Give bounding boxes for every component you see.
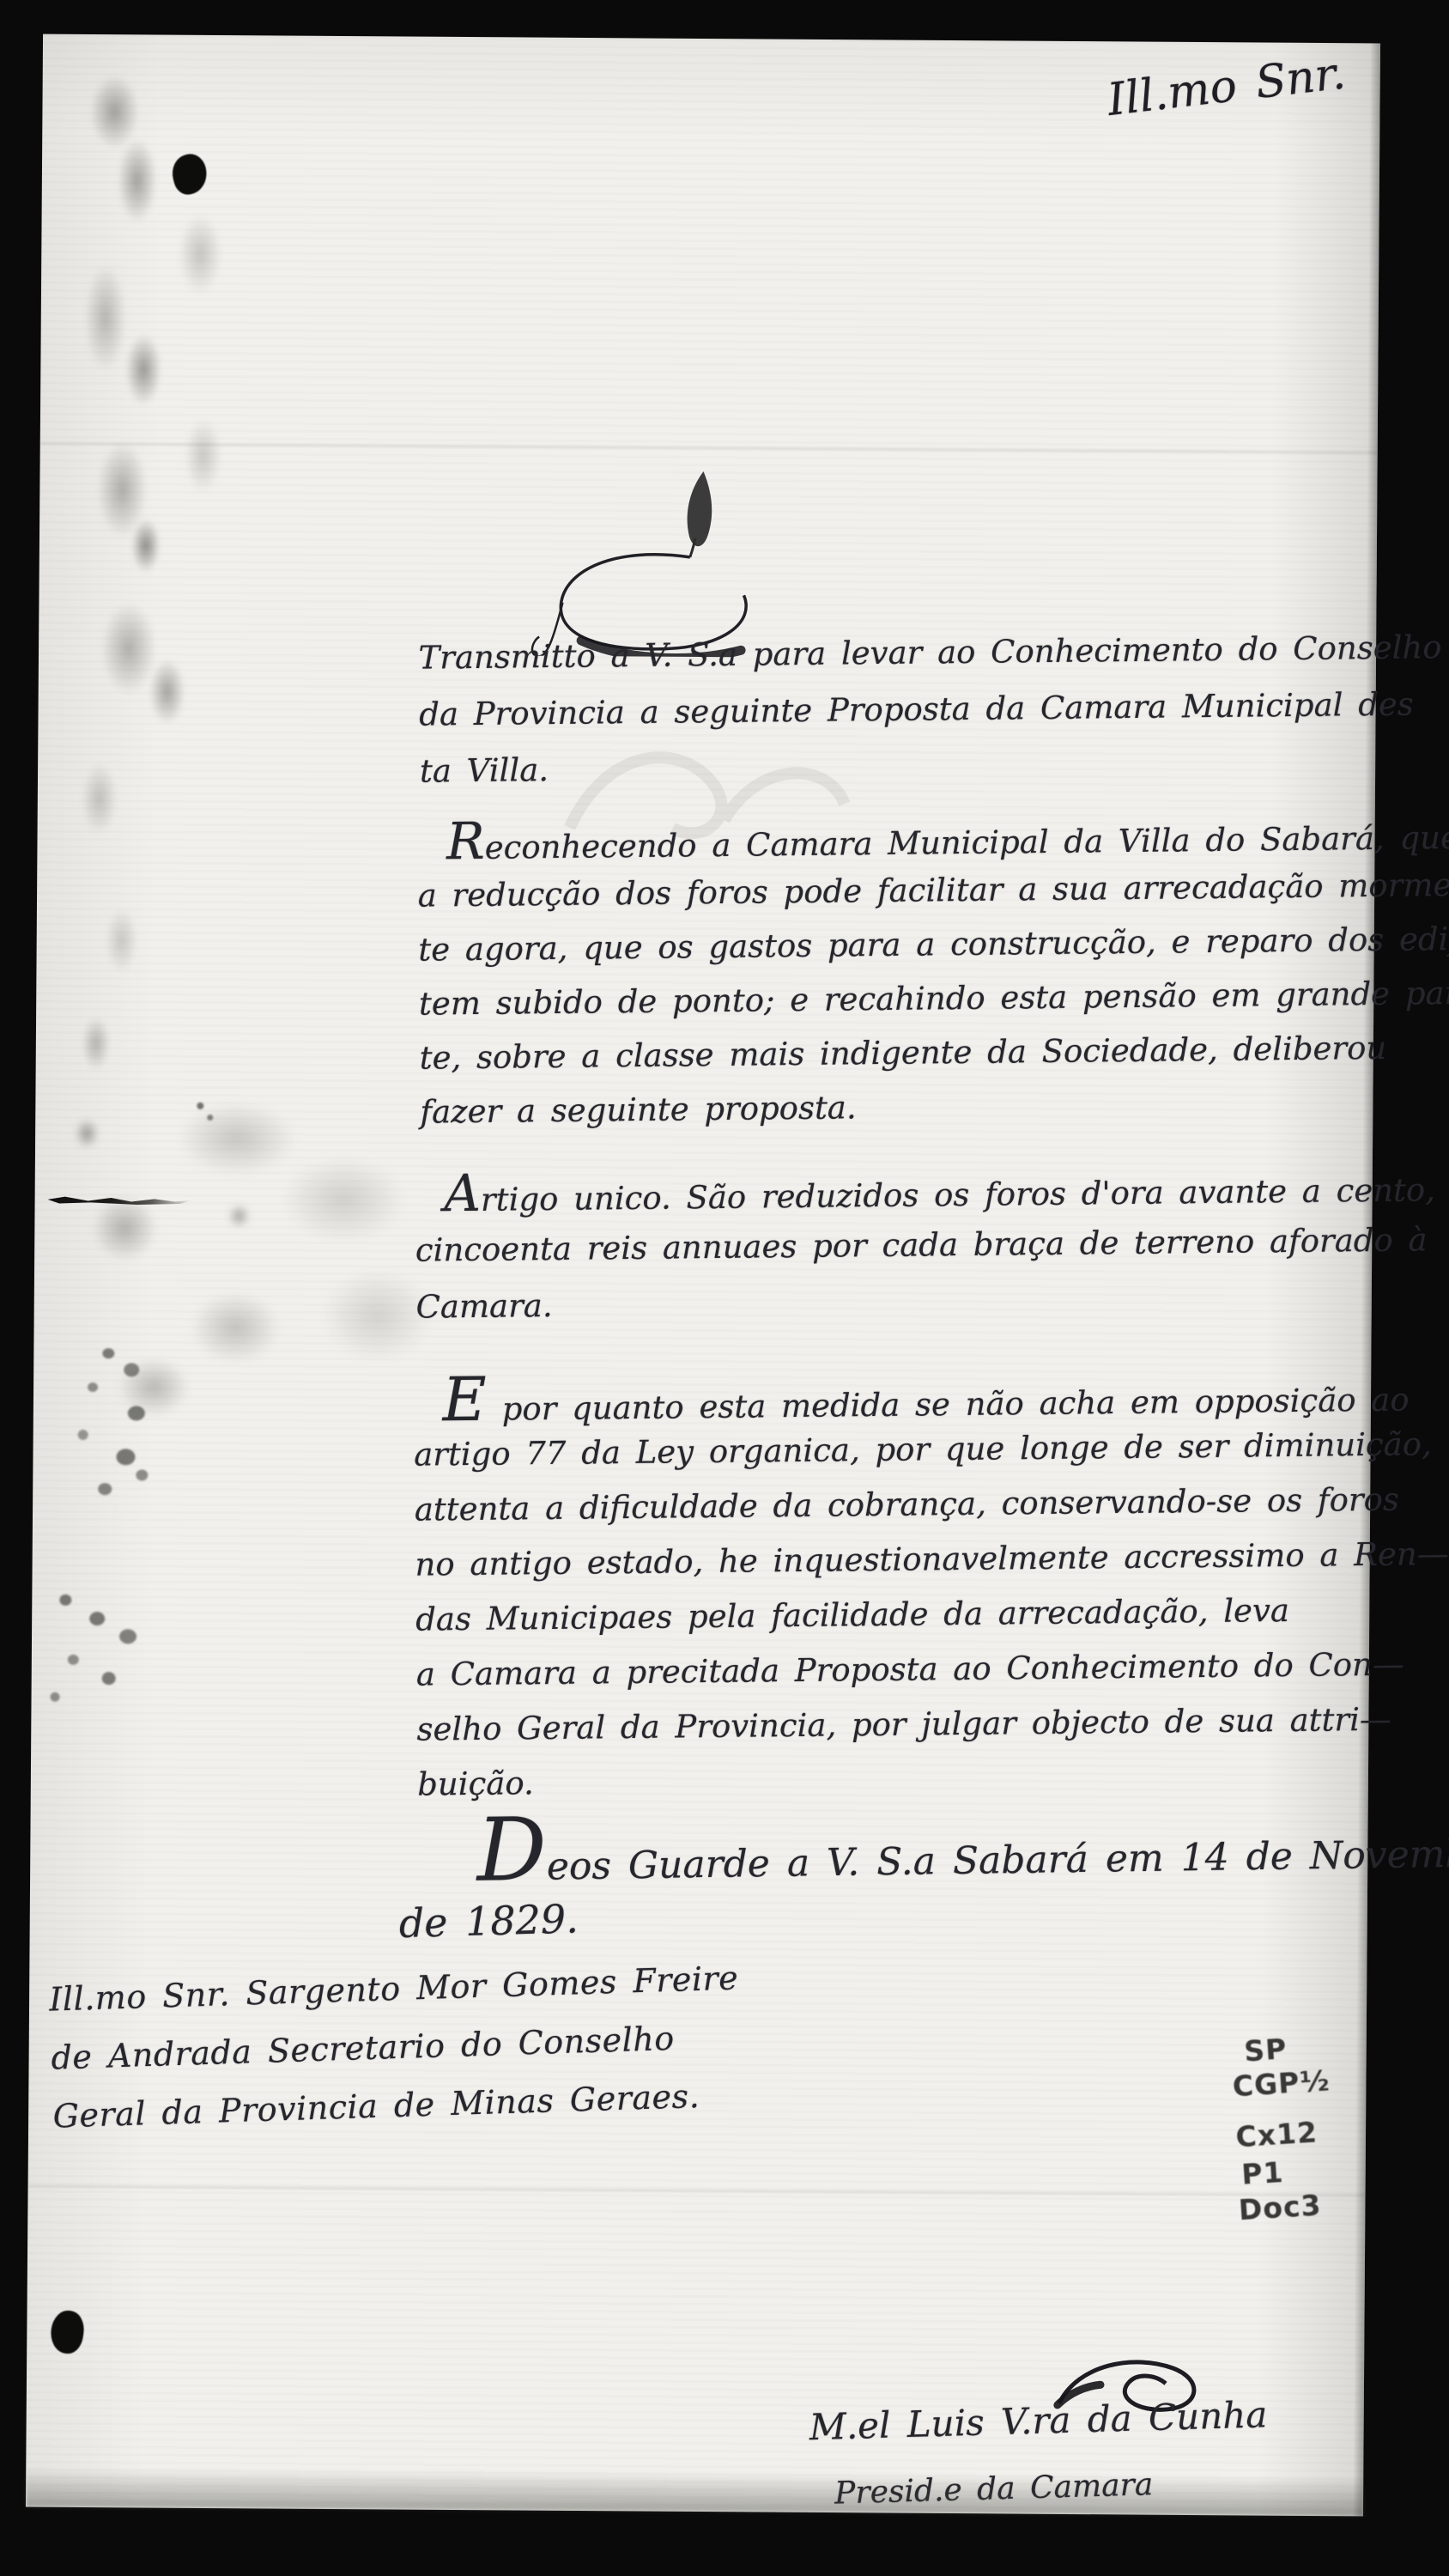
- archive-code-line: SP: [1243, 2029, 1329, 2069]
- archive-code-line: P1: [1240, 2152, 1337, 2191]
- fold-line: [28, 2185, 1366, 2197]
- stain-spot: [102, 1672, 116, 1685]
- manuscript-line: cincoenta reis annuaes por cada braça de…: [415, 1212, 1449, 1279]
- closing-year: de 1829.: [398, 1895, 579, 1947]
- archive-code-line: Doc3: [1238, 2187, 1339, 2227]
- stain-spot: [124, 1363, 139, 1376]
- paragraph-1: Transmitto a V. S.a para levar ao Conhec…: [418, 618, 1449, 800]
- stain-spot: [68, 1655, 79, 1665]
- ink-blot: [48, 2308, 87, 2355]
- mid-left-stains: [42, 1060, 440, 1441]
- manuscript-line: selho Geral da Provincia, por julgar obj…: [416, 1692, 1449, 1758]
- closing-line: Deos Guarde a V. S.a Sabará em 14 de Nov…: [476, 1785, 1449, 1901]
- stain-spot: [59, 1595, 71, 1606]
- archive-code-line: CGP½: [1232, 2063, 1331, 2104]
- stain-spot: [207, 1115, 213, 1121]
- stain-spot: [116, 1449, 135, 1465]
- stain-spot: [128, 1406, 145, 1420]
- scan-backdrop: { "letter": { "salutation": "Ill.mo Snr.…: [0, 0, 1449, 2576]
- archive-code-line: Cx12: [1234, 2114, 1334, 2154]
- stain-spot: [102, 1348, 114, 1358]
- manuscript-line: no antigo estado, he inquestionavelmente…: [415, 1527, 1449, 1593]
- stain-spot: [89, 1612, 105, 1625]
- manuscript-line: Artigo unico. São reduzidos os foros d'o…: [444, 1155, 1449, 1223]
- stain-spot: [78, 1430, 88, 1440]
- manuscript-line: Transmitto a V. S.a para levar ao Conhec…: [418, 618, 1449, 687]
- salutation: Ill.mo Snr.: [1105, 47, 1348, 126]
- signature-name: M.el Luis V.ra da Cunha: [809, 2393, 1268, 2448]
- manuscript-line: E por quanto esta medida se não acha em …: [442, 1362, 1447, 1427]
- paragraph-2: Reconhecendo a Camara Municipal da Villa…: [417, 803, 1449, 1139]
- paper-tear: [48, 1196, 192, 1206]
- stain-spot: [197, 1103, 203, 1109]
- document-page: Ill.mo Snr. Transmitto a V. S.a para lev…: [26, 34, 1380, 2517]
- manuscript-line: Reconhecendo a Camara Municipal da Villa…: [446, 803, 1449, 868]
- stain-spot: [88, 1382, 98, 1392]
- left-margin-stains: [54, 721, 194, 1091]
- manuscript-line: Camara.: [415, 1268, 1449, 1336]
- archive-code-note: SP CGP½ Cx12 P1 Doc3: [1229, 2029, 1338, 2227]
- stain-spot: [51, 1692, 60, 1702]
- stain-spot: [136, 1469, 148, 1480]
- ink-blot: [168, 150, 211, 197]
- manuscript-line: te, sobre a classe mais indigente da Soc…: [419, 1019, 1449, 1085]
- stain-spot: [119, 1629, 136, 1643]
- fold-line: [40, 442, 1378, 454]
- bottom-edge-smudge: [26, 2468, 1363, 2517]
- paragraph-3: Artigo unico. São reduzidos os foros d'o…: [415, 1155, 1449, 1336]
- manuscript-line: ta Villa.: [420, 732, 1449, 800]
- manuscript-line: da Provincia a seguinte Proposta da Cama…: [419, 675, 1449, 744]
- paragraph-4: E por quanto esta medida se não acha em …: [413, 1362, 1449, 1813]
- letter-body: Transmitto a V. S.a para levar ao Conhec…: [43, 34, 1380, 44]
- manuscript-line: fazer a seguinte proposta.: [420, 1073, 1449, 1139]
- stain-spot: [98, 1483, 112, 1495]
- addressee-block: Ill.mo Snr. Sargento Mor Gomes Freire de…: [48, 1948, 743, 2145]
- left-margin-stains: [64, 43, 275, 757]
